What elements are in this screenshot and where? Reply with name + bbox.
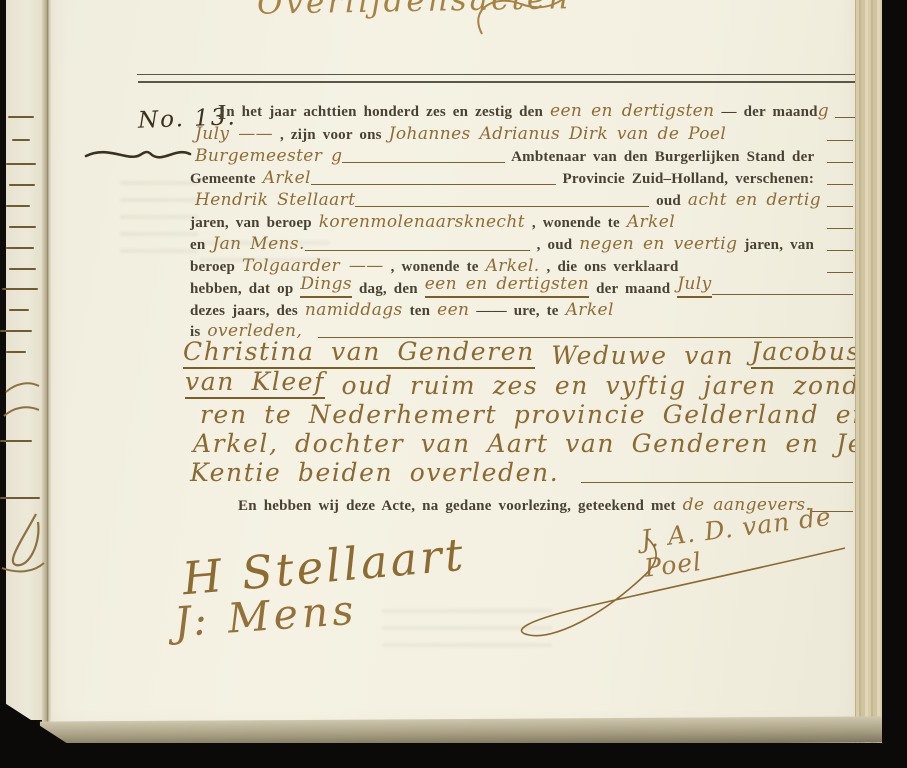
document-line: Hendrik Stellaart oud acht en dertig <box>195 189 853 210</box>
handwritten-text: acht en dertig <box>688 192 821 210</box>
handwritten-text: Johannes Adrianus Dirk van de Poel <box>389 126 727 144</box>
ruled-blank-line <box>581 482 853 483</box>
handwritten-text: Dings <box>300 276 352 298</box>
handwritten-text: een en dertigsten <box>425 276 589 298</box>
handwritten-text: Arkel, dochter van Aart van Genderen en … <box>193 431 907 457</box>
handwritten-text: Jacobus. <box>751 339 871 369</box>
printed-text: , wonende te <box>525 216 627 232</box>
document-line: Kentie beiden overleden. <box>190 459 853 486</box>
prev-page-line-dash <box>0 497 40 499</box>
handwritten-text: Burgemeester g <box>195 148 342 166</box>
printed-text: oud <box>649 194 688 210</box>
prev-page-line-dash <box>0 440 32 442</box>
document-line: dezes jaars, des namiddags ten een —— ur… <box>190 299 853 320</box>
printed-text: der maand <box>589 282 677 298</box>
handwritten-text: July —— <box>195 126 273 144</box>
ruled-blank-line <box>355 206 649 207</box>
printed-text: hebben, dat op <box>190 282 300 298</box>
prev-page-line-dash <box>6 205 30 207</box>
printed-text: jaren, van beroep <box>190 216 319 232</box>
handwritten-text: korenmolenaarsknecht <box>319 214 525 232</box>
prev-page-line-dash <box>8 116 34 118</box>
book-fore-edge <box>855 0 883 744</box>
handwritten-text: Jan Mens. <box>212 236 304 254</box>
document-line: Burgemeester g Ambtenaar van den Burgerl… <box>195 145 853 166</box>
printed-text: dag, den <box>352 282 425 298</box>
margin-fill-dash <box>827 184 853 185</box>
ruled-blank-line <box>311 184 556 185</box>
printed-text: beroep <box>190 260 242 276</box>
handwritten-text: Arkel <box>566 302 614 320</box>
printed-text: Provincie Zuid–Holland, verschenen: <box>556 172 821 188</box>
ruled-blank-line <box>342 162 505 163</box>
printed-text: —— ure, te <box>469 304 565 320</box>
handwritten-text: July <box>677 276 711 298</box>
handwritten-text: Weduwe van <box>535 343 751 369</box>
document-line: In het jaar achttien honderd zes en zest… <box>218 100 853 121</box>
handwritten-text: negen en veertig <box>579 236 737 254</box>
prev-page-line-dash <box>6 351 26 353</box>
printed-text: , oud <box>530 238 580 254</box>
prev-page-line-dash <box>9 226 36 228</box>
printed-text: , zijn voor ons <box>273 128 389 144</box>
printed-text: I <box>218 104 226 121</box>
scan-background-corner <box>0 700 96 762</box>
printed-text: Gemeente <box>190 172 263 188</box>
prev-page-line-dash <box>2 288 38 290</box>
handwritten-text: Hendrik Stellaart <box>195 192 355 210</box>
scan-background-right <box>882 0 907 768</box>
printed-text: En hebben wij deze Acte, na gedane voorl… <box>238 499 683 515</box>
document-line: Arkel, dochter van Aart van Genderen en … <box>193 430 853 457</box>
document-line: en Jan Mens. , oud negen en veertig jare… <box>190 233 853 254</box>
prev-page-line-dash <box>9 309 29 311</box>
document-line: Gemeente Arkel Provincie Zuid–Holland, v… <box>190 167 853 188</box>
document-line: July —— , zijn voor ons Johannes Adrianu… <box>195 123 853 144</box>
margin-fill-dash <box>827 162 853 163</box>
document-line: ren te Nederhemert provincie Gelderland … <box>200 401 853 428</box>
prev-page-line-dash <box>12 139 30 141</box>
margin-fill-dash <box>827 228 853 229</box>
prev-page-line-dash <box>6 163 36 165</box>
handwritten-text: Arkel <box>627 214 675 232</box>
prev-page-line-dash <box>6 247 34 249</box>
prev-page-line-dash <box>9 268 36 270</box>
prev-page-line-dash <box>0 330 32 332</box>
handwritten-text: een <box>437 302 469 320</box>
document-line: van Kleef oud ruim zes en vyftig jaren z… <box>185 372 853 399</box>
printed-text: n het jaar achttien honderd zes en zesti… <box>226 105 550 121</box>
handwritten-text: een en dertigsten <box>550 103 714 121</box>
printed-text: dezes jaars, des <box>190 304 305 320</box>
handwritten-text: Christina van Genderen <box>183 339 535 369</box>
prev-page-line-dash <box>9 184 35 186</box>
book-gutter <box>42 0 52 744</box>
handwritten-text: ren te Nederhemert provincie Gelderland … <box>200 402 907 428</box>
handwritten-text: oud ruim zes en vyftig jaren zonder bero… <box>325 373 907 399</box>
scan-background-bottom <box>0 743 907 768</box>
previous-page-edge <box>6 0 42 720</box>
document-line: jaren, van beroep korenmolenaarsknecht ,… <box>190 211 853 232</box>
margin-fill-dash <box>827 250 853 251</box>
printed-text: jaren, van <box>737 238 821 254</box>
printed-text: ten <box>403 304 438 320</box>
printed-text: — der maand <box>715 105 818 121</box>
register-page: Overlijdensacten No. 13. In het jaar ach… <box>52 0 855 744</box>
ruled-blank-line <box>712 294 853 295</box>
death-record-scan: Overlijdensacten No. 13. In het jaar ach… <box>0 0 907 768</box>
document-line: Christina van Genderen Weduwe van Jacobu… <box>183 342 853 369</box>
act-text-block: In het jaar achttien honderd zes en zest… <box>52 0 855 744</box>
handwritten-text: Arkel <box>263 170 311 188</box>
margin-fill-dash <box>827 272 853 273</box>
handwritten-text: Kentie beiden overleden. <box>190 460 559 486</box>
handwritten-text: van Kleef <box>185 369 325 399</box>
printed-text: Ambtenaar van den Burgerlijken Stand der <box>505 150 821 166</box>
handwritten-text: namiddags <box>305 302 403 320</box>
margin-fill-dash <box>827 140 853 141</box>
ruled-blank-line <box>305 250 530 251</box>
printed-text: en <box>190 238 212 254</box>
document-line: beroep Tolgaarder —— , wonende te Arkel.… <box>190 255 853 276</box>
document-line: hebben, dat op Dings dag, den een en der… <box>190 277 853 298</box>
handwritten-text: g <box>818 103 829 121</box>
margin-fill-dash <box>827 206 853 207</box>
